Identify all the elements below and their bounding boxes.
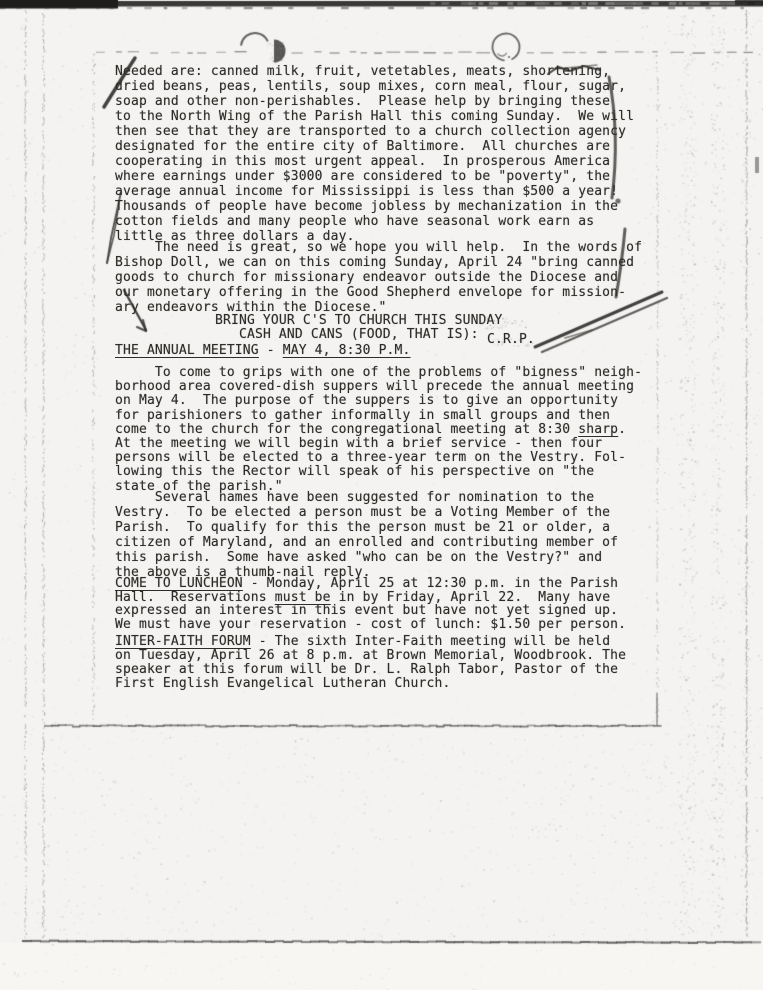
text-line: cooperating in this most urgent appeal. …	[115, 154, 634, 169]
scanned-page: Needed are: canned milk, fruit, vetetabl…	[0, 0, 763, 990]
paragraph-luncheon: COME TO LUNCHEON - Monday, April 25 at 1…	[115, 577, 626, 631]
text-line: designated for the entire city of Baltim…	[115, 139, 634, 154]
line-bring-your-cs: BRING YOUR C'S TO CHURCH THIS SUNDAY	[215, 313, 503, 328]
text-line: citizen of Maryland, and an enrolled and…	[115, 535, 618, 550]
text-line: The need is great, so we hope you will h…	[115, 240, 642, 255]
heading-annual-meeting: THE ANNUAL MEETING - MAY 4, 8:30 P.M.	[115, 343, 411, 358]
text-line: C.R.P.	[487, 332, 535, 347]
text-line: Vestry. To be elected a person must be a…	[115, 505, 618, 520]
paragraph-vestry-nominations: Several names have been suggested for no…	[115, 490, 618, 580]
text-line: Thousands of people have become jobless …	[115, 199, 634, 214]
paragraph-annual-meeting-suppers: To come to grips with one of the problem…	[115, 366, 642, 494]
text-line: cotton fields and many people who have s…	[115, 214, 634, 229]
text-line: THE ANNUAL MEETING - MAY 4, 8:30 P.M.	[115, 343, 411, 358]
text-line: dried beans, peas, lentils, soup mixes, …	[115, 79, 634, 94]
text-line: expressed an interest in this event but …	[115, 604, 626, 618]
text-line: for parishioners to gather informally in…	[115, 409, 642, 423]
text-line: First English Evangelical Lutheran Churc…	[115, 677, 626, 691]
initials-crp: C.R.P.	[487, 332, 535, 347]
typed-text-layer: Needed are: canned milk, fruit, vetetabl…	[0, 0, 763, 990]
text-line: average annual income for Mississippi is…	[115, 184, 634, 199]
text-line: our monetary offering in the Good Shephe…	[115, 285, 642, 300]
text-line: where earnings under $3000 are considere…	[115, 169, 634, 184]
text-line: goods to church for missionary endeavor …	[115, 270, 642, 285]
text-line: then see that they are transported to a …	[115, 124, 634, 139]
paragraph-bishop-doll: The need is great, so we hope you will h…	[115, 240, 642, 315]
text-line: to the North Wing of the Parish Hall thi…	[115, 109, 634, 124]
paragraph-food-appeal: Needed are: canned milk, fruit, vetetabl…	[115, 64, 634, 244]
text-line: on Tuesday, April 26 at 8 p.m. at Brown …	[115, 649, 626, 663]
text-line: Needed are: canned milk, fruit, vetetabl…	[115, 64, 634, 79]
text-line: Bishop Doll, we can on this coming Sunda…	[115, 255, 642, 270]
text-line: Parish. To qualify for this the person m…	[115, 520, 618, 535]
text-line: COME TO LUNCHEON - Monday, April 25 at 1…	[115, 577, 626, 591]
text-line: BRING YOUR C'S TO CHURCH THIS SUNDAY	[215, 313, 503, 328]
text-line: INTER-FAITH FORUM - The sixth Inter-Fait…	[115, 635, 626, 649]
text-line: Several names have been suggested for no…	[115, 490, 618, 505]
text-line: on May 4. The purpose of the suppers is …	[115, 394, 642, 408]
text-line: lowing this the Rector will speak of his…	[115, 465, 642, 479]
paragraph-interfaith-forum: INTER-FAITH FORUM - The sixth Inter-Fait…	[115, 635, 626, 691]
text-line: soap and other non-perishables. Please h…	[115, 94, 634, 109]
line-cash-and-cans: CASH AND CANS (FOOD, THAT IS):	[239, 327, 479, 342]
text-line: speaker at this forum will be Dr. L. Ral…	[115, 663, 626, 677]
text-line: CASH AND CANS (FOOD, THAT IS):	[239, 327, 479, 342]
text-line: We must have your reservation - cost of …	[115, 618, 626, 632]
text-line: this parish. Some have asked "who can be…	[115, 550, 618, 565]
text-line: come to the church for the congregationa…	[115, 423, 642, 437]
